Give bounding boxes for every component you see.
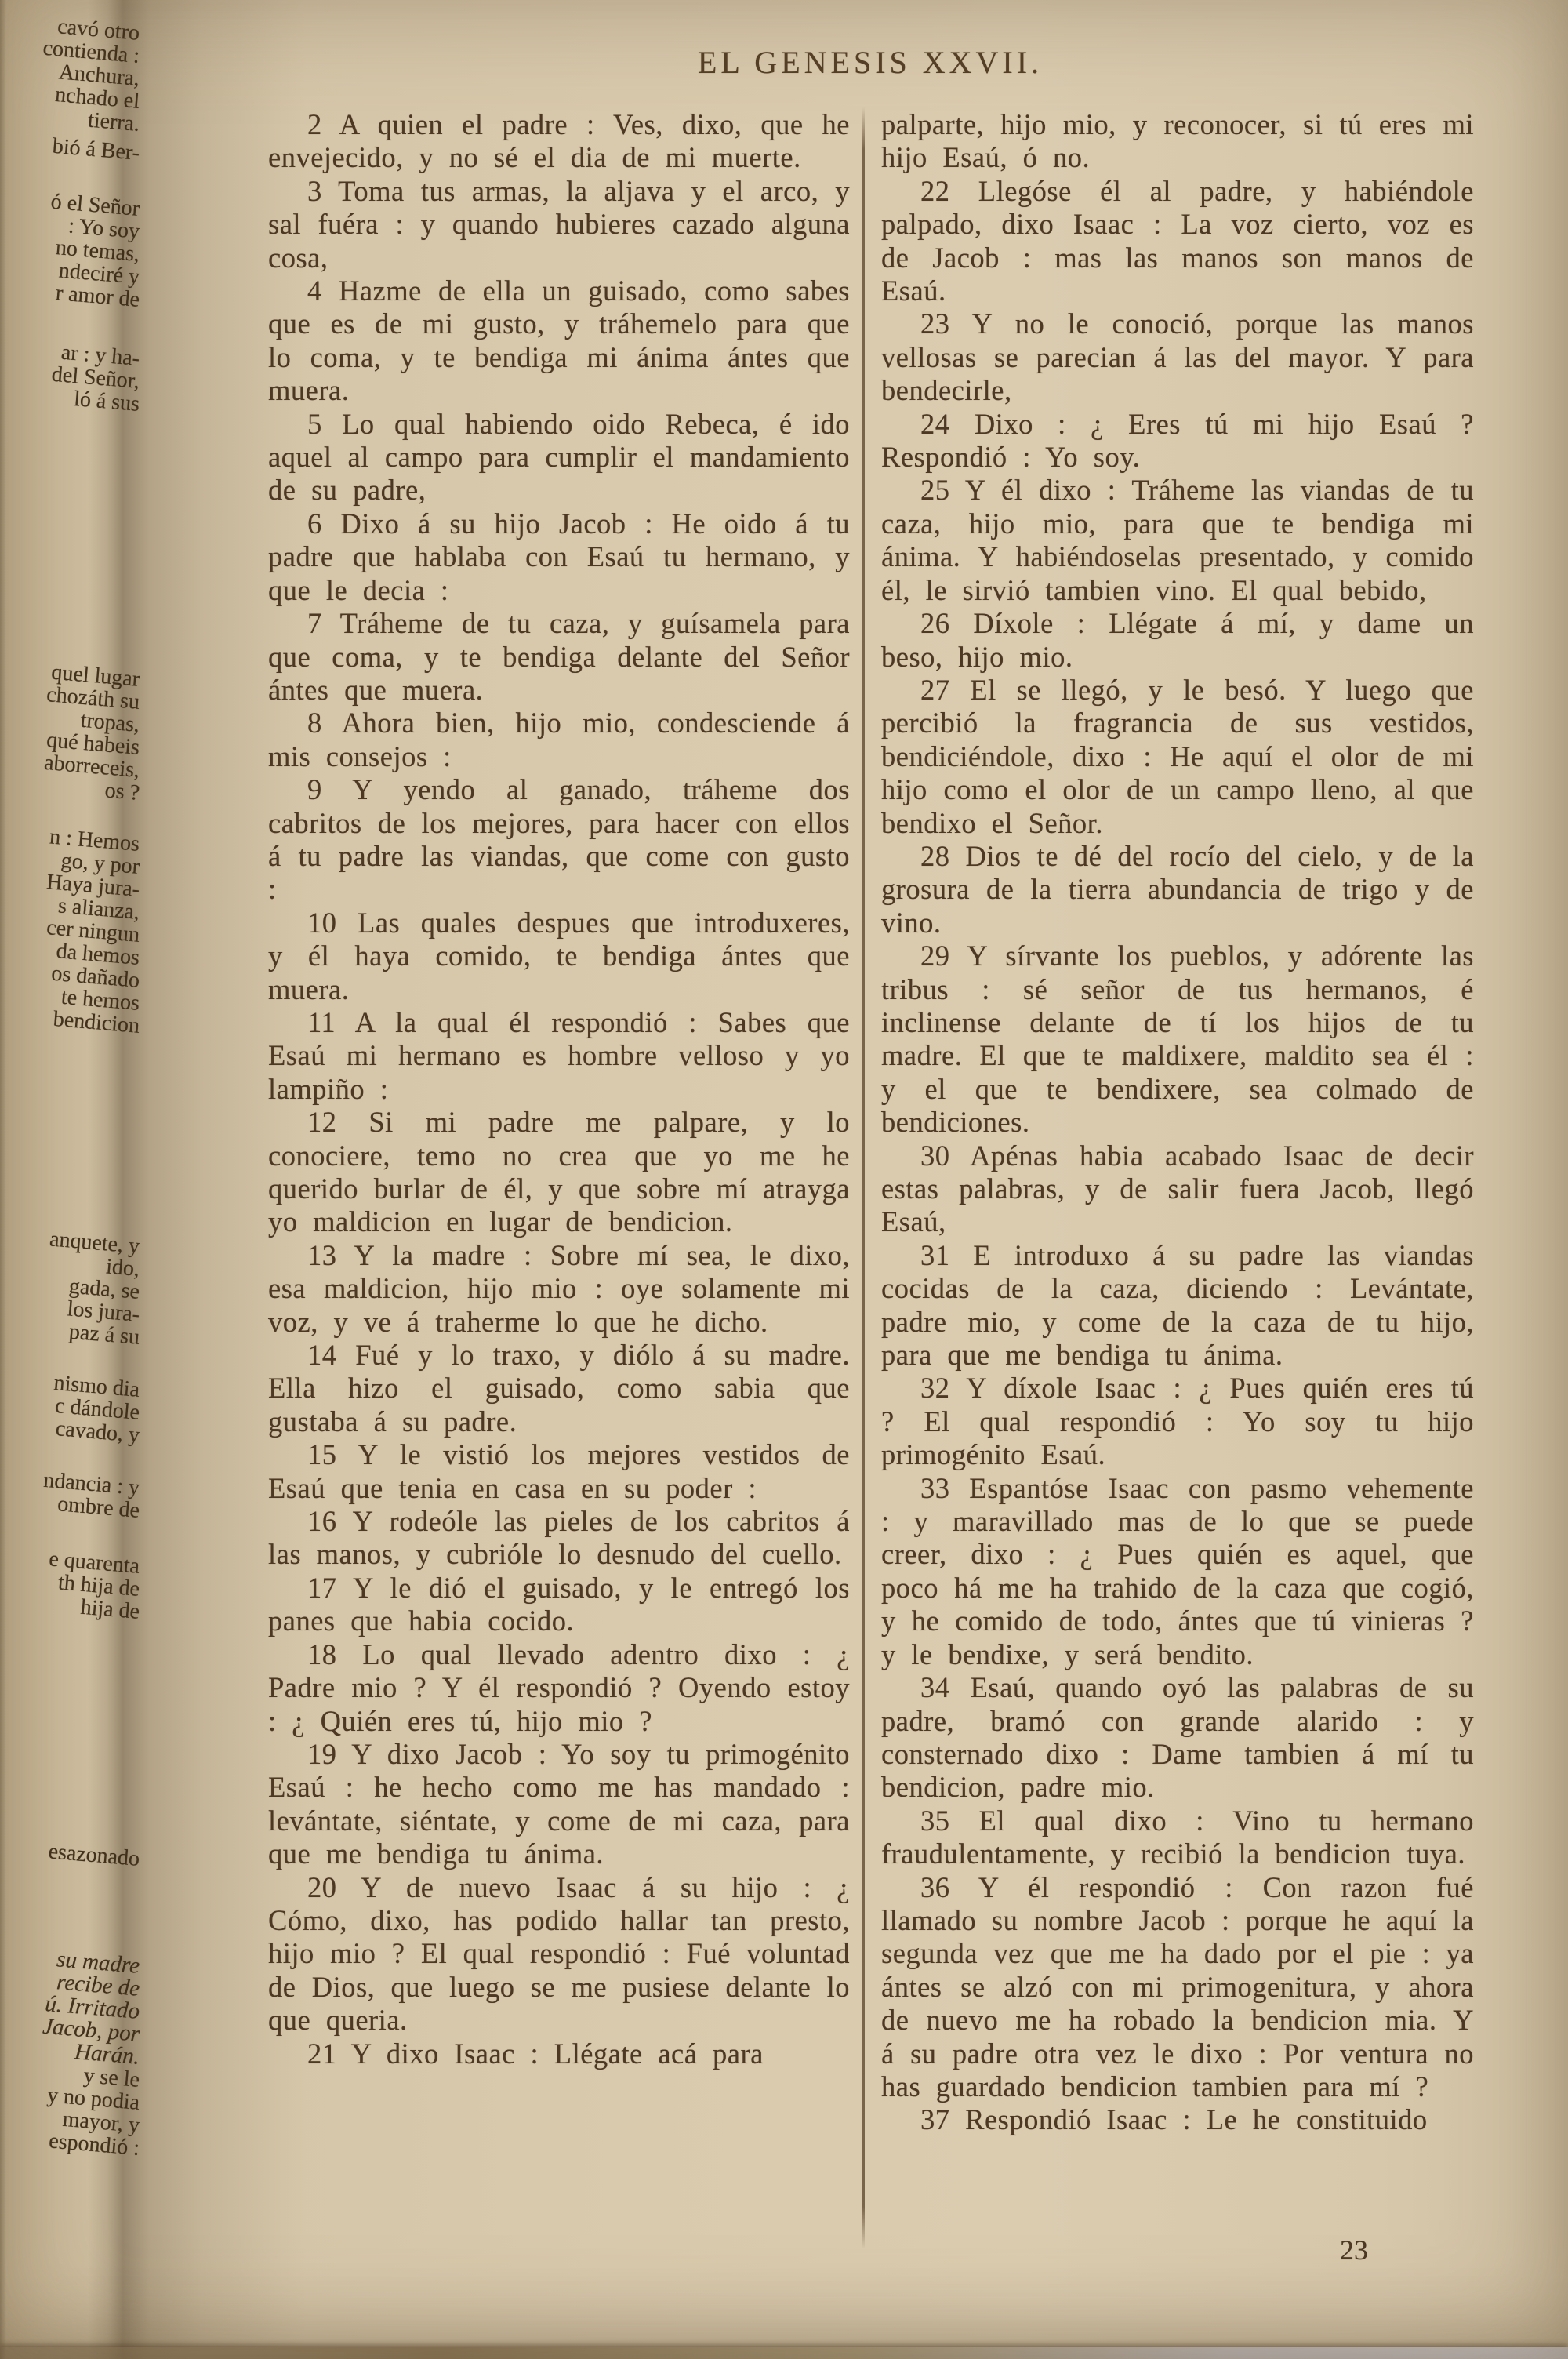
verse-paragraph: 26 Díxole : Llégate á mí, y dame un beso… xyxy=(881,607,1474,674)
verse-paragraph: 35 El qual dixo : Vino tu hermano fraudu… xyxy=(881,1805,1474,1871)
scan-bottom-edge xyxy=(0,2347,1568,2359)
column-divider-rule xyxy=(862,107,865,2249)
verse-paragraph: 36 Y él respondió : Con razon fué llamad… xyxy=(881,1871,1474,2104)
verse-paragraph: 6 Dixo á su hijo Jacob : He oido á tu pa… xyxy=(268,507,850,607)
verse-paragraph: 19 Y dixo Jacob : Yo soy tu primogénito … xyxy=(268,1738,850,1871)
verse-paragraph: 22 Llegóse él al padre, y habiéndole pal… xyxy=(881,175,1474,308)
verse-paragraph: 20 Y de nuevo Isaac á su hijo : ¿ Cómo, … xyxy=(268,1871,850,2037)
text-column-left: 2 A quien el padre : Ves, dixo, que he e… xyxy=(268,108,850,2070)
margin-fragment: esazonado xyxy=(0,1836,140,1870)
verse-paragraph: 32 Y díxole Isaac : ¿ Pues quién eres tú… xyxy=(881,1372,1474,1471)
facing-page-strip: cavó otro contienda : Anchura, nchado el… xyxy=(0,22,147,2194)
verse-paragraph: 30 Apénas habia acabado Isaac de decir e… xyxy=(881,1140,1474,1239)
verse-paragraph: 3 Toma tus armas, la aljava y el arco, y… xyxy=(268,175,850,274)
page-number: 23 xyxy=(1311,2234,1397,2266)
page-header: EL GENESIS XXVII. xyxy=(267,44,1474,81)
verse-paragraph: 17 Y le dió el guisado, y le entregó los… xyxy=(268,1572,850,1638)
verse-paragraph: 13 Y la madre : Sobre mí sea, le dixo, e… xyxy=(268,1239,850,1339)
text-column-right: palparte, hijo mio, y reconocer, si tú e… xyxy=(881,108,1474,2137)
verse-paragraph: 7 Tráheme de tu caza, y guísamela para q… xyxy=(268,607,850,707)
verse-paragraph: 4 Hazme de ella un guisado, como sabes q… xyxy=(268,274,850,408)
verse-paragraph: 8 Ahora bien, hijo mio, condesciende á m… xyxy=(268,707,850,773)
verse-paragraph: 16 Y rodeóle las pieles de los cabritos … xyxy=(268,1505,850,1572)
margin-fragment: bió á Ber- xyxy=(0,130,140,165)
verse-paragraph: 11 A la qual él respondió : Sabes que Es… xyxy=(268,1006,850,1106)
verse-paragraph: 14 Fué y lo traxo, y diólo á su madre. E… xyxy=(268,1339,850,1438)
verse-paragraph: 9 Y yendo al ganado, tráheme dos cabrito… xyxy=(268,773,850,907)
verse-paragraph: 29 Y sírvante los pueblos, y adórente la… xyxy=(881,940,1474,1139)
book-page-scan: { "page": { "header": "EL GENESIS XXVII.… xyxy=(0,0,1568,2359)
verse-paragraph: 27 El se llegó, y le besó. Y luego que p… xyxy=(881,674,1474,840)
verse-paragraph: 28 Dios te dé del rocío del cielo, y de … xyxy=(881,840,1474,940)
verse-paragraph: 24 Dixo : ¿ Eres tú mi hijo Esaú ? Respo… xyxy=(881,408,1474,474)
verse-paragraph: 37 Respondió Isaac : Le he constituido xyxy=(881,2103,1474,2136)
verse-paragraph: 31 E introduxo á su padre las viandas co… xyxy=(881,1239,1474,1372)
verse-paragraph: 25 Y él dixo : Tráheme las viandas de tu… xyxy=(881,474,1474,607)
verse-paragraph: 12 Si mi padre me palpare, y lo conocier… xyxy=(268,1106,850,1239)
verse-paragraph: 18 Lo qual llevado adentro dixo : ¿ Padr… xyxy=(268,1638,850,1738)
verse-paragraph: 15 Y le vistió los mejores vestidos de E… xyxy=(268,1438,850,1505)
verse-paragraph: 5 Lo qual habiendo oido Rebeca, é ido aq… xyxy=(268,408,850,507)
verse-paragraph: 2 A quien el padre : Ves, dixo, que he e… xyxy=(268,108,850,175)
verse-paragraph: 10 Las quales despues que introduxeres, … xyxy=(268,907,850,1006)
verse-paragraph: 23 Y no le conoció, porque las manos vel… xyxy=(881,307,1474,407)
verse-paragraph: palparte, hijo mio, y reconocer, si tú e… xyxy=(881,108,1474,175)
verse-paragraph: 33 Espantóse Isaac con pasmo vehemente :… xyxy=(881,1472,1474,1671)
scan-left-edge xyxy=(0,0,6,2359)
verse-paragraph: 21 Y dixo Isaac : Llégate acá para xyxy=(268,2037,850,2070)
verse-paragraph: 34 Esaú, quando oyó las palabras de su p… xyxy=(881,1671,1474,1805)
